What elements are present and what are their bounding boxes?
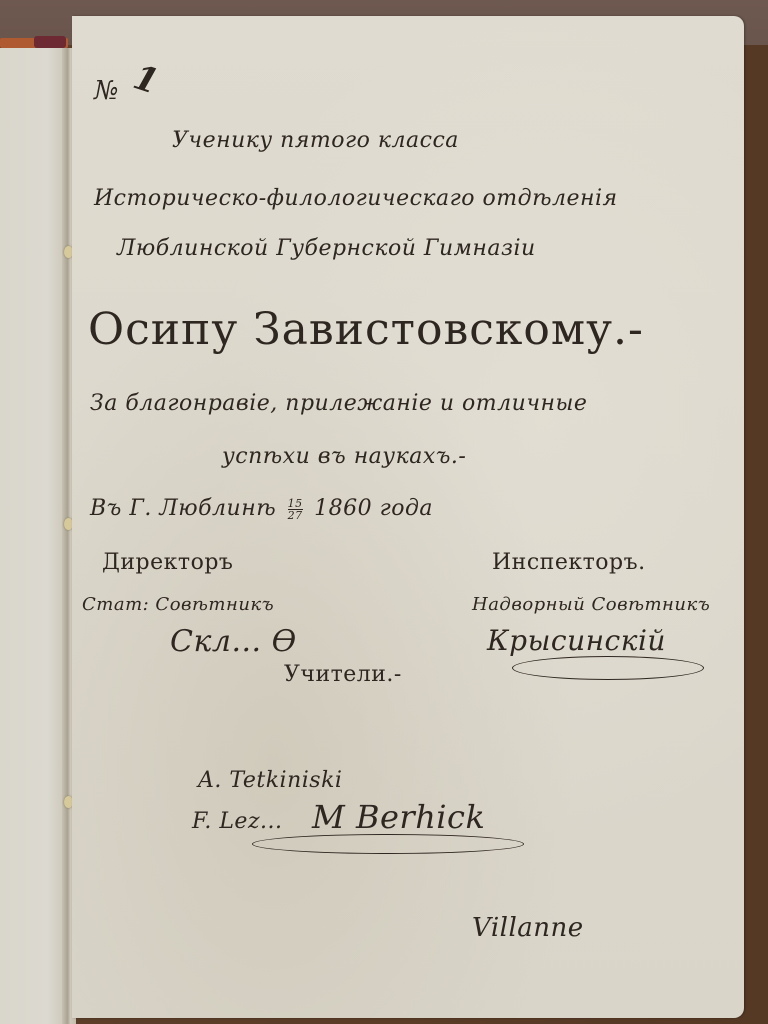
director-signature: Скл... Ѳ — [170, 624, 297, 659]
certificate-page: № 1 Ученику пятого класса Историческо-фи… — [72, 16, 744, 1018]
date-day-top: 15 — [288, 498, 303, 510]
recipient-name: Осипу Завистовскому.- — [88, 304, 644, 355]
recipient-class-line: Ученику пятого класса — [172, 128, 459, 153]
place: Въ Г. Люблинѣ — [90, 496, 276, 521]
reason-line-2: успѣхи въ наукахъ.- — [222, 444, 466, 469]
department-line: Историческо-филологическаго отдѣленія — [94, 186, 618, 211]
date-year: 1860 года — [314, 496, 433, 521]
director-title: Директоръ — [102, 550, 233, 575]
school-line: Люблинской Губернской Гимназіи — [117, 236, 536, 261]
teacher-signature-2: F. Lez... — [192, 809, 283, 834]
book-cover-corner — [34, 36, 66, 48]
teacher-signature-1: A. Tetkiniski — [198, 768, 342, 793]
left-page — [0, 48, 68, 1024]
date-day-bottom: 27 — [288, 510, 303, 521]
inspector-rank: Надворный Совѣтникъ — [472, 594, 710, 615]
reason-line-1: За благонравіе, прилежаніе и отличные — [90, 391, 587, 416]
teachers-label: Учители.- — [284, 662, 402, 687]
inspector-title: Инспекторъ. — [492, 550, 646, 575]
director-rank: Стат: Совѣтникъ — [82, 594, 274, 615]
teacher-signature-flourish — [252, 834, 524, 854]
number-value: 1 — [128, 57, 163, 103]
inspector-signature: Крысинскій — [487, 624, 666, 657]
place-date-line: Въ Г. Люблинѣ 15 27 1860 года — [90, 496, 433, 521]
inspector-signature-flourish — [512, 656, 704, 680]
teacher-signature-3: M Berhick — [312, 798, 485, 836]
teacher-signature-4: Villanne — [472, 913, 584, 943]
number-label: № — [94, 76, 119, 106]
date-fraction: 15 27 — [288, 498, 303, 521]
